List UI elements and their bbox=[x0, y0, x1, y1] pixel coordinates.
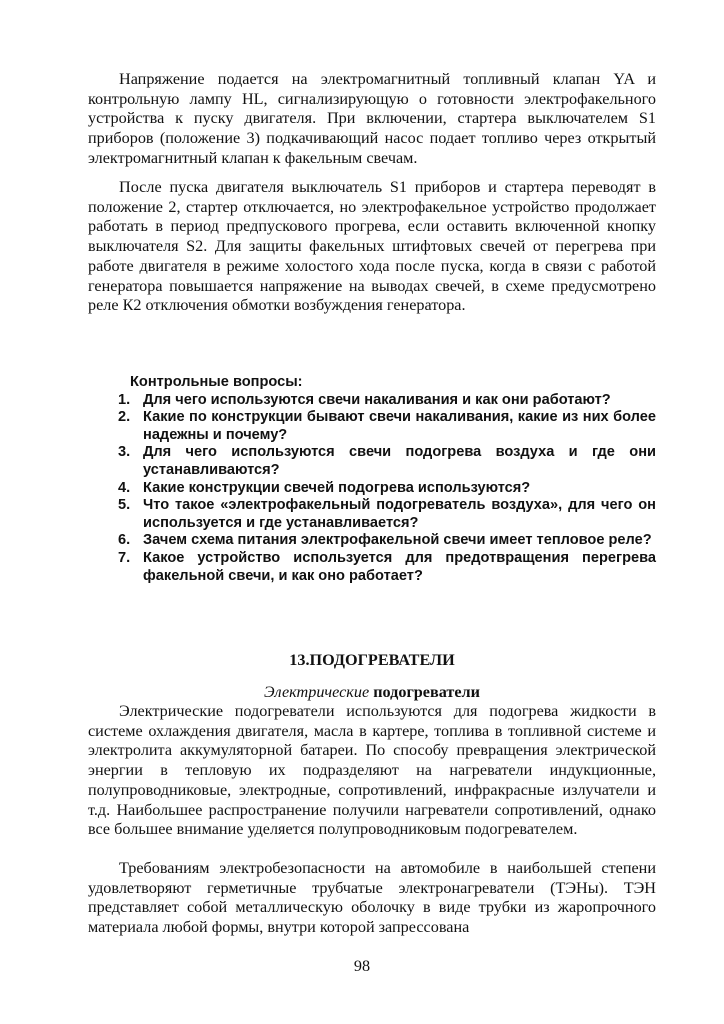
question-number: 1. bbox=[118, 392, 130, 410]
question-item: 6. Зачем схема питания электрофакельной … bbox=[118, 532, 656, 550]
control-questions-title: Контрольные вопросы: bbox=[130, 374, 656, 392]
paragraph-ten-heaters: Требованиям электробезопасности на автом… bbox=[88, 859, 656, 938]
question-text: Какие конструкции свечей подогрева испол… bbox=[143, 480, 530, 496]
question-number: 6. bbox=[118, 532, 130, 550]
document-page: Напряжение подается на электромагнитный … bbox=[0, 0, 724, 1024]
control-questions: Контрольные вопросы: 1. Для чего использ… bbox=[118, 374, 656, 585]
question-item: 1. Для чего используются свечи накаливан… bbox=[118, 392, 656, 410]
question-text: Для чего используются свечи накаливания … bbox=[143, 392, 611, 408]
question-item: 3. Для чего используются свечи подогрева… bbox=[118, 444, 656, 479]
question-text: Что такое «электрофакельный подогревател… bbox=[143, 497, 656, 531]
paragraph-electric-heaters: Электрические подогреватели используются… bbox=[88, 702, 656, 840]
page-number: 98 bbox=[0, 957, 724, 977]
subheading-italic: Электрические bbox=[264, 683, 369, 701]
section-heading: 13.ПОДОГРЕВАТЕЛИ bbox=[88, 651, 656, 671]
subheading-bold: подогреватели bbox=[373, 683, 480, 701]
question-number: 2. bbox=[118, 409, 130, 427]
paragraph-fuel-valve: Напряжение подается на электромагнитный … bbox=[88, 70, 656, 169]
question-text: Какое устройство используется для предот… bbox=[143, 550, 656, 584]
paragraph-after-start: После пуска двигателя выключатель S1 при… bbox=[88, 178, 656, 316]
question-text: Зачем схема питания электрофакельной све… bbox=[143, 532, 652, 548]
section-subheading: Электрические подогреватели bbox=[88, 683, 656, 703]
question-item: 5. Что такое «электрофакельный подогрева… bbox=[118, 497, 656, 532]
question-number: 4. bbox=[118, 480, 130, 498]
question-item: 4. Какие конструкции свечей подогрева ис… bbox=[118, 480, 656, 498]
question-number: 7. bbox=[118, 550, 130, 568]
question-text: Какие по конструкции бывают свечи накали… bbox=[143, 409, 656, 443]
question-number: 5. bbox=[118, 497, 130, 515]
control-questions-list: 1. Для чего используются свечи накаливан… bbox=[118, 392, 656, 586]
question-number: 3. bbox=[118, 444, 130, 462]
question-item: 7. Какое устройство используется для пре… bbox=[118, 550, 656, 585]
question-item: 2. Какие по конструкции бывают свечи нак… bbox=[118, 409, 656, 444]
question-text: Для чего используются свечи подогрева во… bbox=[143, 444, 656, 478]
